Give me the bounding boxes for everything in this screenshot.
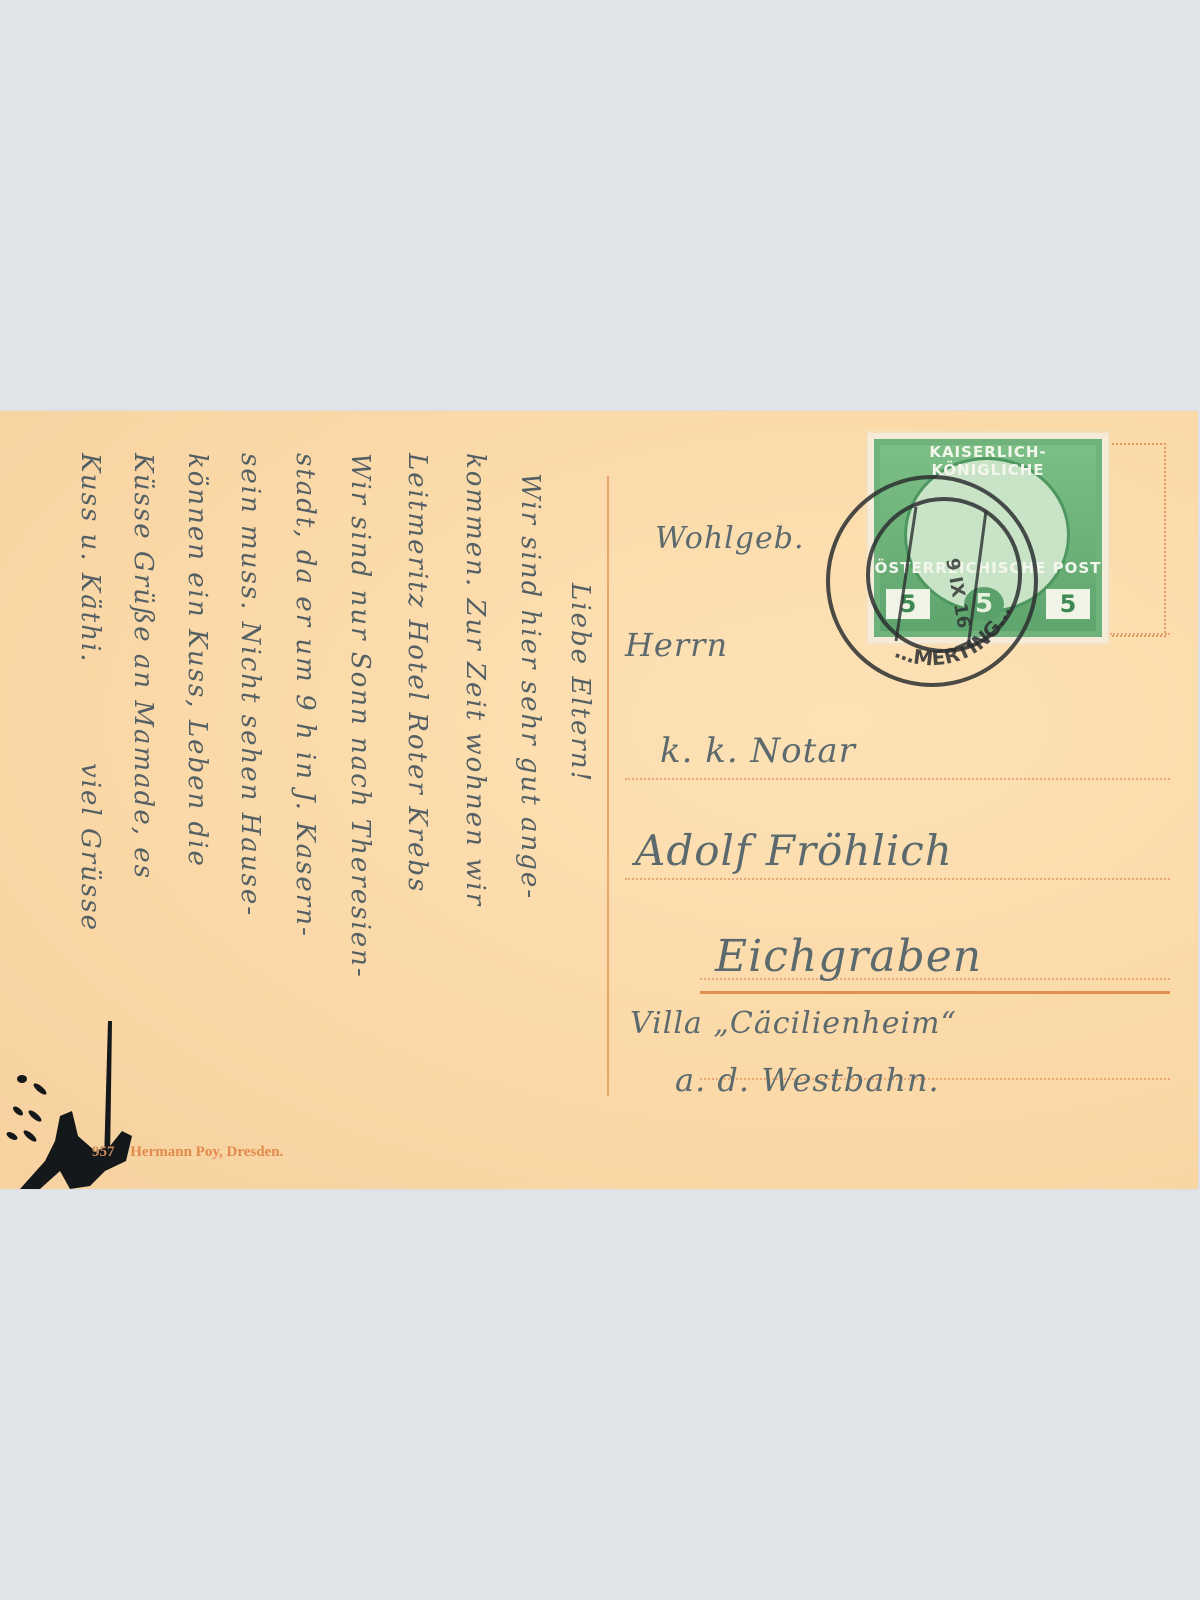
address-line-3: k. k. Notar (660, 731, 856, 771)
divider-line (607, 476, 609, 1096)
ink-blot-icon (0, 1011, 150, 1189)
postcard: Liebe Eltern! Wir sind hier sehr gut ang… (0, 411, 1198, 1189)
message-line: Wir sind hier sehr gut ange- (515, 473, 545, 900)
stamp-value-right: 5 (1046, 589, 1090, 619)
message-line: Wir sind nur Sonn nach Theresien- (345, 453, 375, 979)
address-line-5: Eichgraben (715, 931, 982, 982)
message-salutation: Liebe Eltern! (565, 583, 595, 783)
message-closing: viel Grüsse (75, 763, 105, 932)
address-line-2: Herrn (625, 626, 728, 664)
postmark-icon: …MERTING… 9 IX 16 (818, 471, 1046, 691)
message-line: Kuss u. Käthi. (75, 453, 105, 664)
address-line-4: Adolf Fröhlich (635, 826, 953, 875)
address-line-1: Wohlgeb. (655, 521, 804, 556)
publisher-name: Hermann Poy, Dresden. (130, 1144, 283, 1160)
message-line: kommen. Zur Zeit wohnen wir (460, 453, 490, 907)
address-rule-solid (700, 991, 1170, 994)
address-rule (625, 778, 1170, 780)
message-line: können ein Kuss, Leben die (182, 453, 212, 868)
address-line-7: a. d. Westbahn. (675, 1061, 940, 1099)
stamp-placeholder-box (1100, 443, 1166, 637)
svg-text:9 IX 16: 9 IX 16 (941, 557, 974, 630)
address-rule (1110, 633, 1170, 635)
message-line: sein muss. Nicht sehen Hause- (235, 453, 265, 917)
publisher-imprint: 957 Hermann Poy, Dresden. (92, 1144, 283, 1161)
address-line-6: Villa „Cäcilienheim“ (630, 1006, 957, 1041)
address-rule (625, 878, 1170, 880)
publisher-number: 957 (92, 1144, 115, 1160)
message-line: Leitmeritz Hotel Roter Krebs (402, 453, 432, 893)
message-line: Küsse Grüße an Mamade, es (128, 453, 158, 880)
message-line: stadt, da er um 9 h in J. Kasern- (290, 453, 320, 938)
